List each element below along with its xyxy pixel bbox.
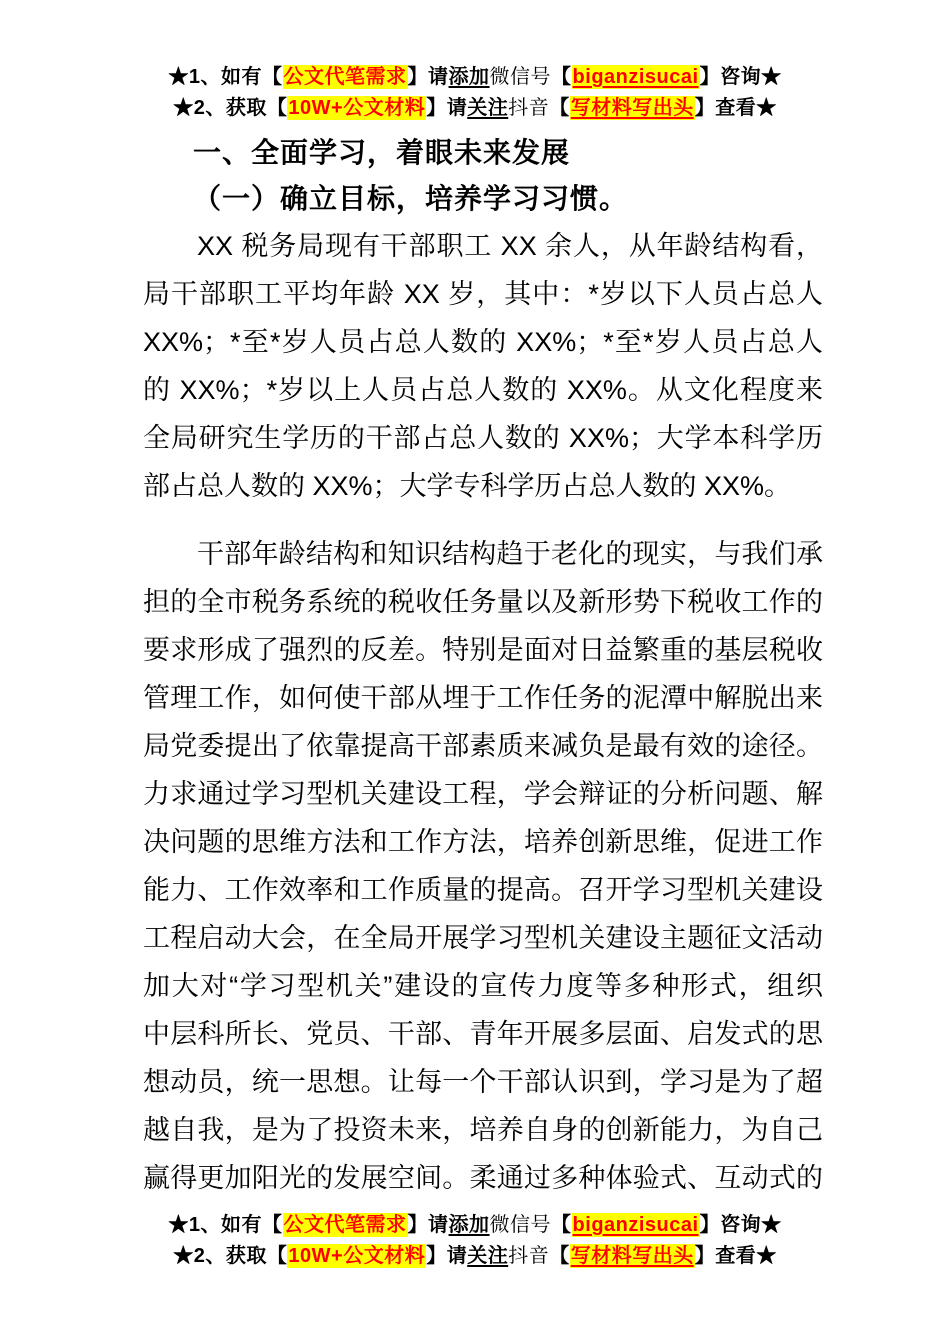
- promo-text: 抖音: [508, 97, 549, 119]
- body-line: XX 税务局现有干部职工 XX 余人，从年龄结构看，全: [143, 222, 823, 270]
- document-body: 一、全面学习，着眼未来发展 （一）确立目标，培养学习习惯。 XX 税务局现有干部…: [143, 130, 823, 1202]
- body-line: 管理工作，如何使干部从埋于工作任务的泥潭中解脱出来: [143, 674, 823, 722]
- body-line: XX%；*至*岁人员占总人数的 XX%；*至*岁人员占总人数: [143, 318, 823, 366]
- promo-text: 】咨询★: [700, 1214, 782, 1236]
- body-line: 赢得更加阳光的发展空间。柔通过多种体验式、互动式的: [143, 1154, 823, 1202]
- highlighted-keyword: 写材料写出头: [570, 1244, 695, 1268]
- promo-text: 微信号: [490, 66, 552, 88]
- promo-text: 】请: [426, 1245, 467, 1267]
- promo-text: 】请: [408, 66, 449, 88]
- highlighted-keyword: 公文代笔需求: [283, 65, 408, 89]
- highlighted-keyword: 10W+公文材料: [287, 1244, 426, 1268]
- body-line: 工程启动大会，在全局开展学习型机关建设主题征文活动: [143, 914, 823, 962]
- body-line: 部占总人数的 XX%；大学专科学历占总人数的 XX%。: [143, 462, 823, 510]
- promo-text: 添加: [449, 1214, 490, 1236]
- promo-line: ★2、获取【10W+公文材料】请关注抖音【写材料写出头】查看★: [0, 1241, 950, 1272]
- document-page: ★1、如有【公文代笔需求】请添加微信号【biganzisucai】咨询★★2、获…: [0, 0, 950, 1344]
- highlighted-keyword: biganzisucai: [572, 65, 700, 89]
- promo-text: ★1、如有【: [168, 66, 282, 88]
- promo-line: ★1、如有【公文代笔需求】请添加微信号【biganzisucai】咨询★: [0, 62, 950, 93]
- promo-text: 关注: [467, 97, 508, 119]
- body-line: 全局研究生学历的干部占总人数的 XX%；大学本科学历干: [143, 414, 823, 462]
- body-line: 能力、工作效率和工作质量的提高。召开学习型机关建设: [143, 866, 823, 914]
- body-line: 加大对“学习型机关”建设的宣传力度等多种形式，组织: [143, 962, 823, 1010]
- promo-text: ★2、获取【: [173, 1245, 287, 1267]
- subsection-heading: （一）确立目标，培养学习习惯。: [143, 176, 823, 222]
- promo-text: ★1、如有【: [168, 1214, 282, 1236]
- paragraphs-container: XX 税务局现有干部职工 XX 余人，从年龄结构看，全局干部职工平均年龄 XX …: [143, 222, 823, 1202]
- promo-text: 关注: [467, 1245, 508, 1267]
- highlighted-keyword: biganzisucai: [572, 1213, 700, 1237]
- promo-text: 】请: [426, 97, 467, 119]
- highlighted-keyword: 10W+公文材料: [287, 96, 426, 120]
- promo-text: 】查看★: [695, 1245, 777, 1267]
- promo-text: ★2、获取【: [173, 97, 287, 119]
- paragraph: XX 税务局现有干部职工 XX 余人，从年龄结构看，全局干部职工平均年龄 XX …: [143, 222, 823, 510]
- body-line: 要求形成了强烈的反差。特别是面对日益繁重的基层税收: [143, 626, 823, 674]
- promo-text: 】请: [408, 1214, 449, 1236]
- promo-line: ★1、如有【公文代笔需求】请添加微信号【biganzisucai】咨询★: [0, 1210, 950, 1241]
- promo-text: 抖音: [508, 1245, 549, 1267]
- body-line: 想动员，统一思想。让每一个干部认识到，学习是为了超: [143, 1058, 823, 1106]
- promo-banner-bottom: ★1、如有【公文代笔需求】请添加微信号【biganzisucai】咨询★★2、获…: [0, 1210, 950, 1272]
- body-line: 中层科所长、党员、干部、青年开展多层面、启发式的思: [143, 1010, 823, 1058]
- promo-line: ★2、获取【10W+公文材料】请关注抖音【写材料写出头】查看★: [0, 93, 950, 124]
- promo-text: 【: [549, 97, 570, 119]
- highlighted-keyword: 公文代笔需求: [283, 1213, 408, 1237]
- body-line: 局党委提出了依靠提高干部素质来减负是最有效的途径。: [143, 722, 823, 770]
- promo-text: 【: [549, 1245, 570, 1267]
- body-line: 决问题的思维方法和工作方法，培养创新思维，促进工作: [143, 818, 823, 866]
- promo-banner-top: ★1、如有【公文代笔需求】请添加微信号【biganzisucai】咨询★★2、获…: [0, 62, 950, 124]
- body-line: 担的全市税务系统的税收任务量以及新形势下税收工作的: [143, 578, 823, 626]
- promo-text: 微信号: [490, 1214, 552, 1236]
- promo-text: 】查看★: [695, 97, 777, 119]
- promo-text: 【: [551, 1214, 572, 1236]
- body-line: 局干部职工平均年龄 XX 岁，其中：*岁以下人员占总人数: [143, 270, 823, 318]
- section-heading: 一、全面学习，着眼未来发展: [143, 130, 823, 176]
- promo-text: 】咨询★: [700, 66, 782, 88]
- body-line: 干部年龄结构和知识结构趋于老化的现实，与我们承: [143, 530, 823, 578]
- body-line: 力求通过学习型机关建设工程，学会辩证的分析问题、解: [143, 770, 823, 818]
- promo-text: 【: [551, 66, 572, 88]
- highlighted-keyword: 写材料写出头: [570, 96, 695, 120]
- body-line: 的 XX%；*岁以上人员占总人数的 XX%。从文化程度来看，: [143, 366, 823, 414]
- body-line: 越自我，是为了投资未来，培养自身的创新能力，为自己: [143, 1106, 823, 1154]
- promo-text: 添加: [449, 66, 490, 88]
- paragraph: 干部年龄结构和知识结构趋于老化的现实，与我们承担的全市税务系统的税收任务量以及新…: [143, 530, 823, 1202]
